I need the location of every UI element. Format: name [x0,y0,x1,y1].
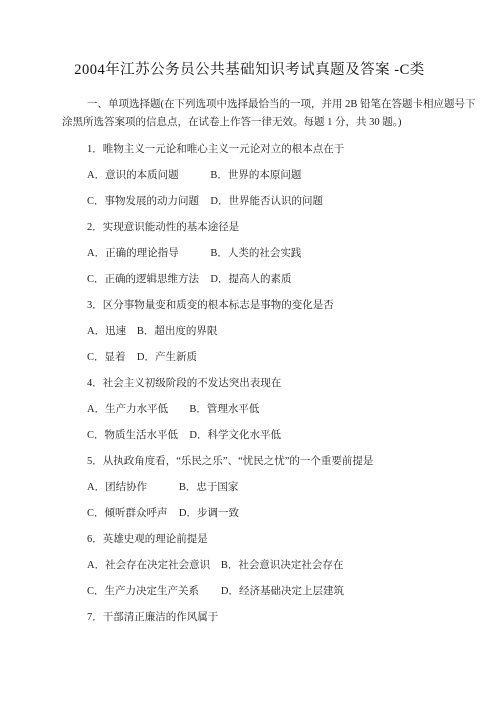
option: C．显着 [87,352,137,363]
question-block: 5．从执政角度看，“乐民之乐”、“忧民之忧”的一个重要前提是 A．团结协作B．忠… [87,456,499,519]
section-instructions: 一、单项选择题(在下列选项中选择最恰当的一项，并用 2B 铅笔在答题卡相应题号下… [62,96,447,131]
document-page: 2004年江苏公务员公共基础知识考试真题及答案 -C类 一、单项选择题(在下列选… [0,0,499,706]
option-row: A．社会存在决定社会意识B．社会意识决定社会存在 [87,560,499,571]
option: B．世界的本原问题 [210,170,301,181]
question-block: 1．唯物主义一元论和唯心主义一元论对立的根本点在于 A．意识的本质问题B．世界的… [87,144,499,207]
option: D．产生新质 [137,352,197,363]
option: B．社会意识决定社会存在 [221,560,344,571]
option: B．人类的社会实践 [210,248,301,259]
question-text: 2．实现意识能动性的基本途径是 [87,222,499,233]
option: C．生产力决定生产关系 [87,586,221,597]
option: B．管理水平低 [189,404,259,415]
option: C．倾听群众呼声 [87,508,179,519]
question-text: 1．唯物主义一元论和唯心主义一元论对立的根本点在于 [87,144,499,155]
question-text: 5．从执政角度看，“乐民之乐”、“忧民之忧”的一个重要前提是 [87,456,499,467]
option: B．超出度的界限 [137,326,218,337]
option: C．正确的逻辑思维方法 [87,274,210,285]
option-row: C．生产力决定生产关系D．经济基础决定上层建筑 [87,586,499,597]
option-row: A．意识的本质问题B．世界的本原问题 [87,170,499,181]
question-text: 6．英雄史观的理论前提是 [87,534,499,545]
question-text: 7．干部清正廉洁的作风属于 [87,612,499,623]
question-text: 3．区分事物量变和质变的根本标志是事物的变化是否 [87,300,499,311]
option-row: A．生产力水平低B．管理水平低 [87,404,499,415]
question-text: 4．社会主义初级阶段的不发达突出表现在 [87,378,499,389]
option: B．忠于国家 [179,482,239,493]
question-list: 1．唯物主义一元论和唯心主义一元论对立的根本点在于 A．意识的本质问题B．世界的… [87,144,499,623]
option: A．团结协作 [87,482,179,493]
option: D．经济基础决定上层建筑 [221,586,344,597]
option: D．世界能否认识的问题 [210,196,323,207]
question-block: 2．实现意识能动性的基本途径是 A．正确的理论指导B．人类的社会实践 C．正确的… [87,222,499,285]
option: C．物质生活水平低 [87,430,189,441]
option: A．意识的本质问题 [87,170,210,181]
option-row: C．倾听群众呼声D．步调一致 [87,508,499,519]
question-block: 4．社会主义初级阶段的不发达突出表现在 A．生产力水平低B．管理水平低 C．物质… [87,378,499,441]
option-row: C．正确的逻辑思维方法D．提高人的素质 [87,274,499,285]
option-row: A．正确的理论指导B．人类的社会实践 [87,248,499,259]
option: A．生产力水平低 [87,404,189,415]
option: D．提高人的素质 [210,274,291,285]
instructions-line: 涂黑所选答案项的信息点，在试卷上作答一律无效。每题 1 分，共 30 题。) [62,114,447,132]
option-row: A．迅速B．超出度的界限 [87,326,499,337]
option: D．科学文化水平低 [189,430,281,441]
option: A．正确的理论指导 [87,248,210,259]
option: D．步调一致 [179,508,239,519]
option: A．社会存在决定社会意识 [87,560,221,571]
option-row: C．物质生活水平低D．科学文化水平低 [87,430,499,441]
instructions-line: 一、单项选择题(在下列选项中选择最恰当的一项，并用 2B 铅笔在答题卡相应题号下 [62,96,447,114]
page-title: 2004年江苏公务员公共基础知识考试真题及答案 -C类 [0,0,499,78]
question-block: 6．英雄史观的理论前提是 A．社会存在决定社会意识B．社会意识决定社会存在 C．… [87,534,499,597]
option-row: C．显着D．产生新质 [87,352,499,363]
option-row: C．事物发展的动力问题D．世界能否认识的问题 [87,196,499,207]
option: C．事物发展的动力问题 [87,196,210,207]
question-block: 7．干部清正廉洁的作风属于 [87,612,499,623]
option: A．迅速 [87,326,137,337]
option-row: A．团结协作B．忠于国家 [87,482,499,493]
question-block: 3．区分事物量变和质变的根本标志是事物的变化是否 A．迅速B．超出度的界限 C．… [87,300,499,363]
